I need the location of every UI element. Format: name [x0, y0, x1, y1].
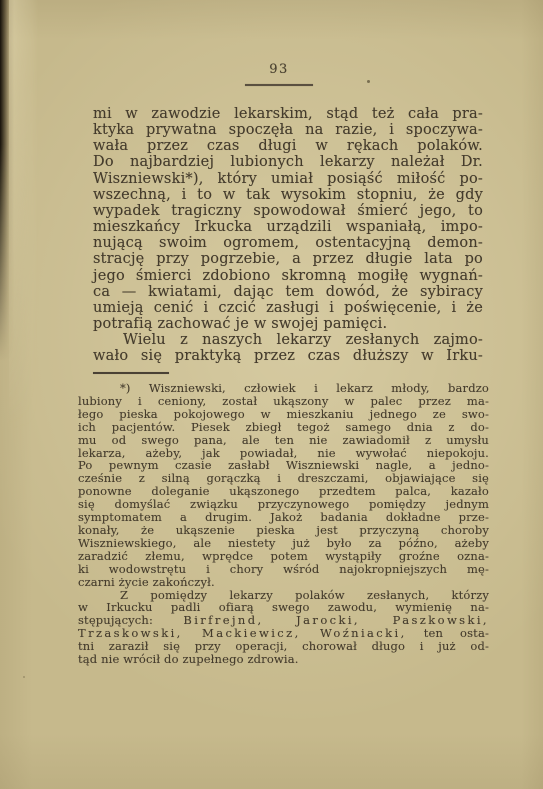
text-line: ca — kwiatami, dając tem dowód, że sybir… — [93, 284, 483, 300]
text-line: nującą swoim ogromem, ostentacyjną demon… — [93, 235, 483, 251]
text-line: Wiszniewskiego, ale niestety już było za… — [78, 537, 489, 550]
footnote-separator — [93, 372, 169, 374]
text-line: umieją cenić i czcić zasługi i poświęcen… — [93, 300, 483, 316]
text-line: czarni życie zakończył. — [78, 576, 489, 589]
text-line: jego śmierci zdobiono skromną mogiłę wyg… — [93, 268, 483, 284]
text-segment: stępujących: — [78, 613, 183, 627]
text-line: mieszkańcy Irkucka urządzili wspaniałą, … — [93, 219, 483, 235]
page-number-rule — [245, 84, 313, 86]
text-line: lubiony i ceniony, został ukąszony w pal… — [78, 395, 489, 408]
text-line: Do najbardziej lubionych lekarzy należał… — [93, 154, 483, 170]
text-line: potrafią zachować je w swojej pamięci. — [93, 316, 483, 332]
text-line: Wiszniewski*), który umiał posiąść miłoś… — [93, 171, 483, 187]
text-line: wała przez czas długi w rękach polaków. — [93, 138, 483, 154]
text-line: ich pacjentów. Piesek zbiegł tegoż sameg… — [78, 421, 489, 434]
letterspaced-names: Trzaskowski, Mackiewicz, Woźniacki, — [78, 626, 407, 640]
text-line: wszechną, i to w tak wysokim stopniu, że… — [93, 187, 483, 203]
text-line: ktyka prywatna spoczęła na razie, i spoc… — [93, 122, 483, 138]
text-line: mu od swego pana, ale ten nie zawiadomił… — [78, 434, 489, 447]
main-text-block: mi w zawodzie lekarskim, stąd też cała p… — [93, 106, 483, 365]
text-segment: ten osta- — [407, 626, 489, 640]
footnote-block: *) Wiszniewski, człowiek i lekarz młody,… — [78, 382, 489, 666]
text-line: Wielu z naszych lekarzy zesłanych zajmo- — [93, 332, 483, 348]
text-line: konały, że ukąszenie pieska jest przyczy… — [78, 524, 489, 537]
text-line: tąd nie wrócił do zupełnego zdrowia. — [78, 653, 489, 666]
page-number: 93 — [245, 62, 313, 77]
text-line: wało się praktyką przez czas dłuższy w I… — [93, 348, 483, 364]
text-line: strację przy pogrzebie, a przez długie l… — [93, 251, 483, 267]
text-line: łego pieska pokojowego w mieszkaniu jedn… — [78, 408, 489, 421]
text-line: zaradzić złemu, wprędce potem wystąpiły … — [78, 550, 489, 563]
book-page: 93 mi w zawodzie lekarskim, stąd też cał… — [0, 0, 543, 789]
paper-speck — [23, 676, 25, 678]
text-line: ki wodowstrętu i chory wśród najokropnie… — [78, 563, 489, 576]
binding-highlight — [9, 0, 39, 430]
paper-speck — [367, 80, 370, 83]
text-line: wypadek tragiczny spowodował śmierć jego… — [93, 203, 483, 219]
text-line: *) Wiszniewski, człowiek i lekarz młody,… — [78, 382, 489, 395]
letterspaced-names: Birfrejnd, Jarocki, Paszkowski, — [183, 613, 489, 627]
text-line: mi w zawodzie lekarskim, stąd też cała p… — [93, 106, 483, 122]
